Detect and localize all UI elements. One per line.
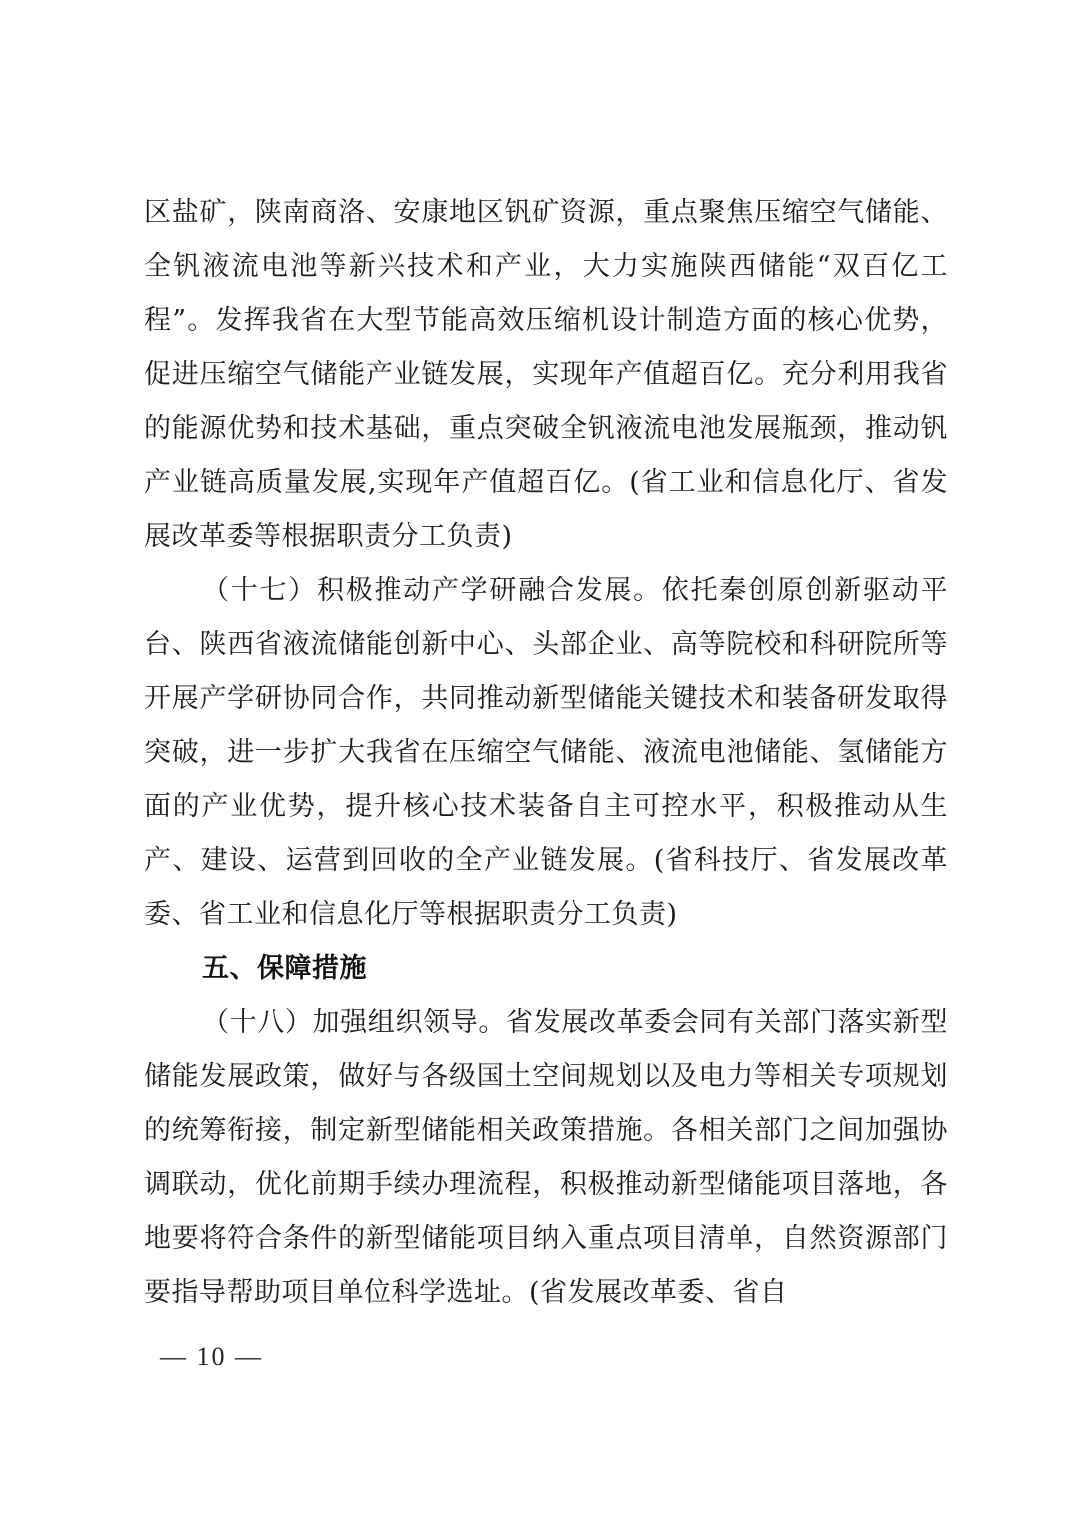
- paragraph-item-17: （十七）积极推动产学研融合发展。依托秦创原创新驱动平台、陕西省液流储能创新中心、…: [144, 564, 948, 942]
- document-body: 区盐矿，陕南商洛、安康地区钒矿资源，重点聚焦压缩空气储能、全钒液流电池等新兴技术…: [144, 186, 948, 1320]
- page-number: — 10 —: [160, 1342, 263, 1372]
- section-heading: 五、保障措施: [144, 942, 948, 996]
- paragraph-continuation: 区盐矿，陕南商洛、安康地区钒矿资源，重点聚焦压缩空气储能、全钒液流电池等新兴技术…: [144, 186, 948, 564]
- paragraph-item-18: （十八）加强组织领导。省发展改革委会同有关部门落实新型储能发展政策，做好与各级国…: [144, 996, 948, 1320]
- document-page: 区盐矿，陕南商洛、安康地区钒矿资源，重点聚焦压缩空气储能、全钒液流电池等新兴技术…: [0, 0, 1080, 1527]
